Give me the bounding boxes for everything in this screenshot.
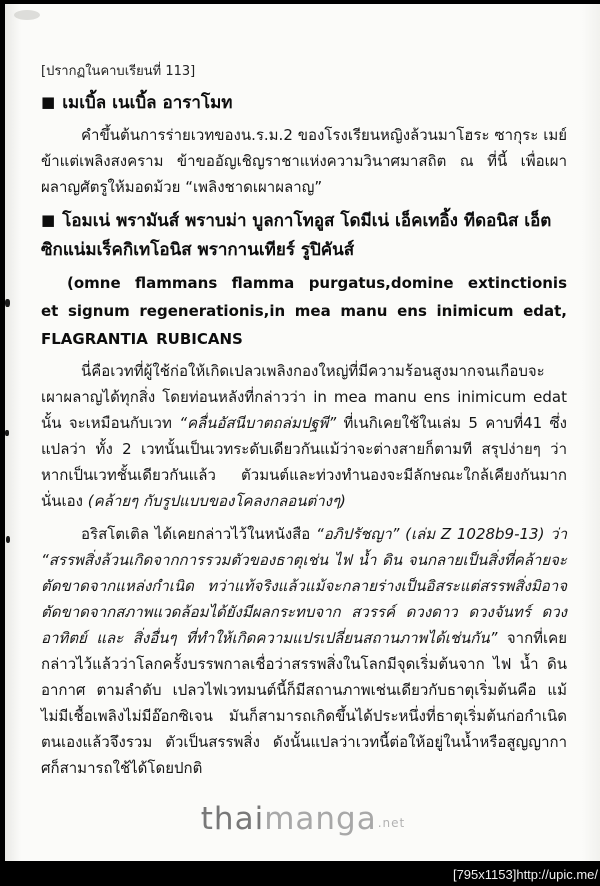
spell1-heading: ■เมเบิ้ล เนเบิ้ล อาราโมท xyxy=(41,89,567,118)
scanned-manga-info-page: [ปรากฏในคาบเรียนที่ 113] ■เมเบิ้ล เนเบิ้… xyxy=(0,0,600,886)
scan-artifact xyxy=(5,299,10,307)
image-size-url-label: [795x1153]http://upic.me/ xyxy=(453,867,600,882)
appearance-note: [ปรากฏในคาบเรียนที่ 113] xyxy=(41,60,567,81)
spell1-title-text: เมเบิ้ล เนเบิ้ล อาราโมท xyxy=(62,93,232,113)
spell-explanation-paragraph: นี่คือเวทที่ผู้ใช้ก่อให้เกิดเปลวเพลิงกอง… xyxy=(41,358,567,514)
parenthetical-italic: (คล้ายๆ กับรูปแบบของโคลงกลอนต่างๆ) xyxy=(88,492,346,510)
scan-artifact xyxy=(14,10,40,20)
aristotle-run: อริสโตเติล ได้เคยกล่าวไว้ในหนังสือ xyxy=(81,525,316,543)
spell2-title-text: โอมเน่ พรามันส์ พราบม่า บูลกาโทอูส โดมีเ… xyxy=(41,211,551,260)
watermark-tld-text: .net xyxy=(378,816,406,830)
aristotle-run: จากที่เคยกล่าวไว้แล้วว่าโลกครั้งบรรพกาลเ… xyxy=(41,629,567,777)
aristotle-paragraph: อริสโตเติล ได้เคยกล่าวไว้ในหนังสือ “อภิป… xyxy=(41,521,567,781)
latin-incantation: (omne flammans flamma purgatus,domine ex… xyxy=(41,269,567,353)
watermark-thai-text: thai xyxy=(201,801,264,837)
black-square-bullet-icon: ■ xyxy=(41,88,55,117)
spell1-description: คำขึ้นต้นการร่ายเวทของน.ร.ม.2 ของโรงเรีย… xyxy=(41,122,567,200)
page-paper: [ปรากฏในคาบเรียนที่ 113] ■เมเบิ้ล เนเบิ้… xyxy=(5,4,600,886)
scan-artifact xyxy=(5,430,9,436)
spell-name-italic: “คลื่นอัสนีบาตถล่มปฐพี” xyxy=(179,414,336,432)
scan-artifact xyxy=(6,536,10,543)
black-square-bullet-icon: ■ xyxy=(41,206,55,235)
thaimanga-watermark: thaimanga.net xyxy=(5,801,600,837)
spell2-heading: ■โอมเน่ พรามันส์ พราบม่า บูลกาโทอูส โดมี… xyxy=(41,207,567,265)
metaphysics-quote-italic: “อภิปรัชญา” (เล่ม Z 1028b9-13) ว่า “สรรพ… xyxy=(41,525,567,647)
watermark-manga-text: manga xyxy=(264,801,377,837)
upic-footer-bar: [795x1153]http://upic.me/ xyxy=(0,861,600,886)
